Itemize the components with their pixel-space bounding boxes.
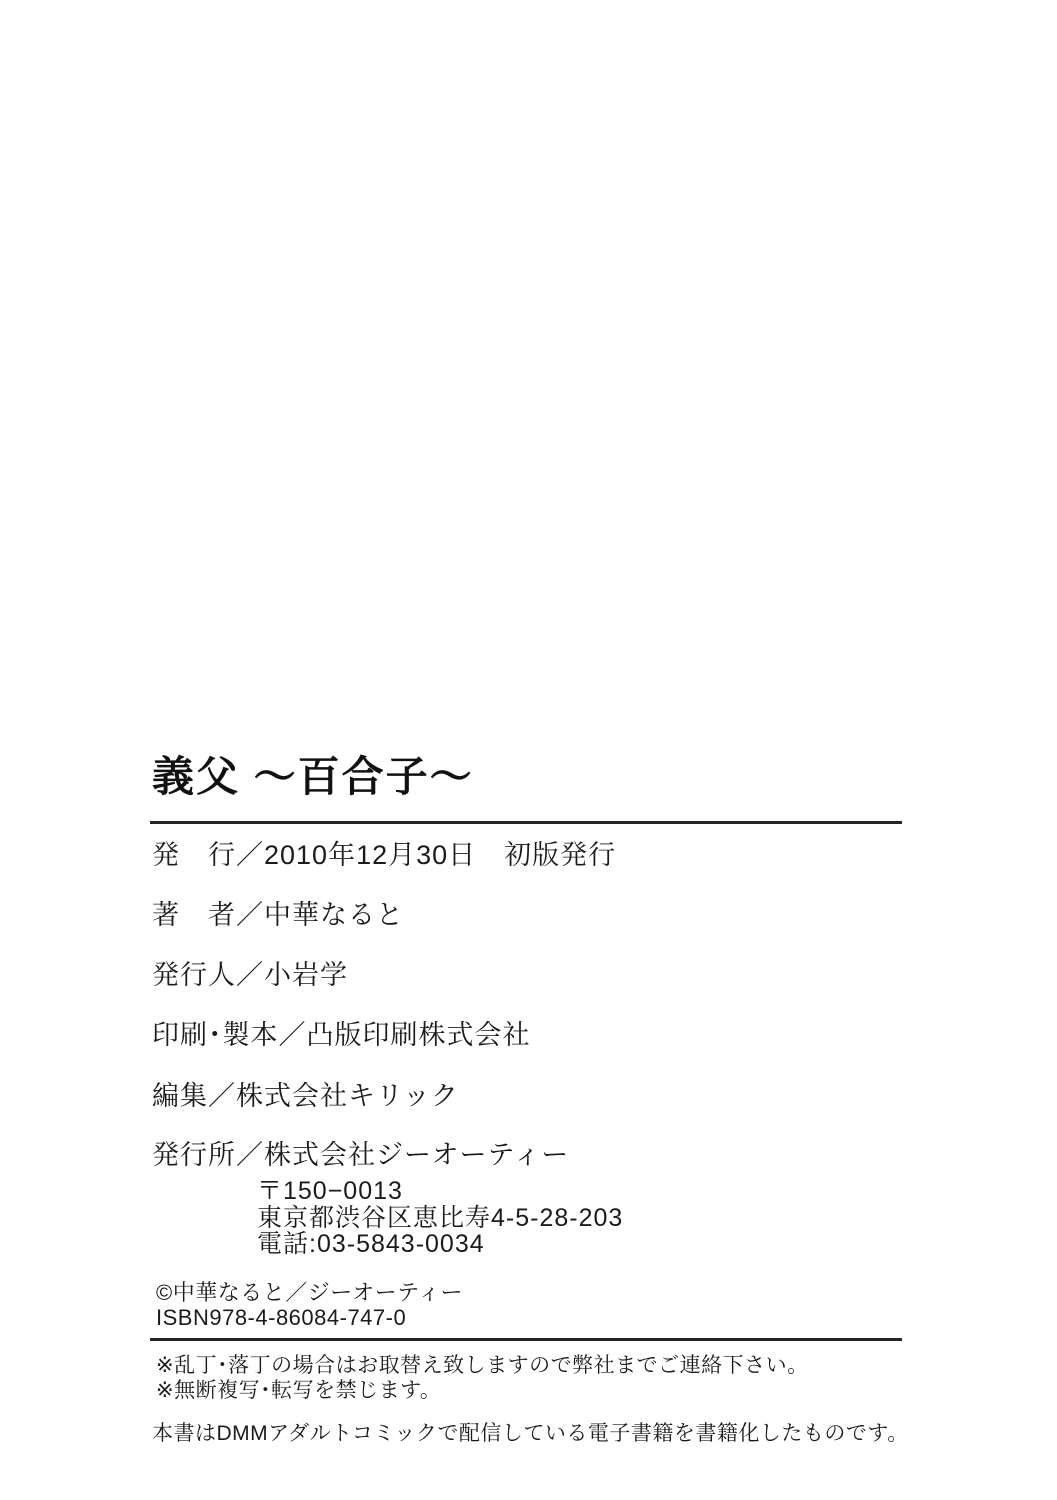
publisher-address: 東京都渋谷区恵比寿4-5-28-203: [257, 1205, 623, 1233]
colophon-page: 義父 ～百合子～ 発 行／2010年12月30日 初版発行 著 者／中華なると …: [0, 0, 1057, 1500]
printing-binding-line: 印刷･製本／凸版印刷株式会社: [152, 1021, 531, 1051]
notes-divider: [150, 1338, 902, 1341]
publisher-phone: 電話:03-5843-0034: [257, 1231, 485, 1259]
editing-line: 編集／株式会社キリック: [152, 1082, 459, 1112]
copyright-line: ©中華なると／ジーオーティー: [156, 1281, 463, 1305]
dmm-source-note: 本書はDMMアダルトコミックで配信している電子書籍を書籍化したものです。: [152, 1422, 909, 1445]
replacement-note: ※乱丁･落丁の場合はお取替え致しますので弊社までご連絡下さい。: [156, 1354, 809, 1377]
isbn-line: ISBN978-4-86084-747-0: [156, 1306, 406, 1330]
publication-date-line: 発 行／2010年12月30日 初版発行: [152, 841, 616, 871]
author-line: 著 者／中華なると: [152, 901, 404, 931]
no-copy-note: ※無断複写･転写を禁じます。: [156, 1379, 441, 1402]
publisher-person-line: 発行人／小岩学: [152, 961, 348, 991]
postal-code: 〒150−0013: [257, 1178, 403, 1206]
publisher-company-line: 発行所／株式会社ジーオーティー: [152, 1141, 569, 1171]
title-divider: [150, 821, 902, 824]
book-title: 義父 ～百合子～: [152, 754, 474, 800]
